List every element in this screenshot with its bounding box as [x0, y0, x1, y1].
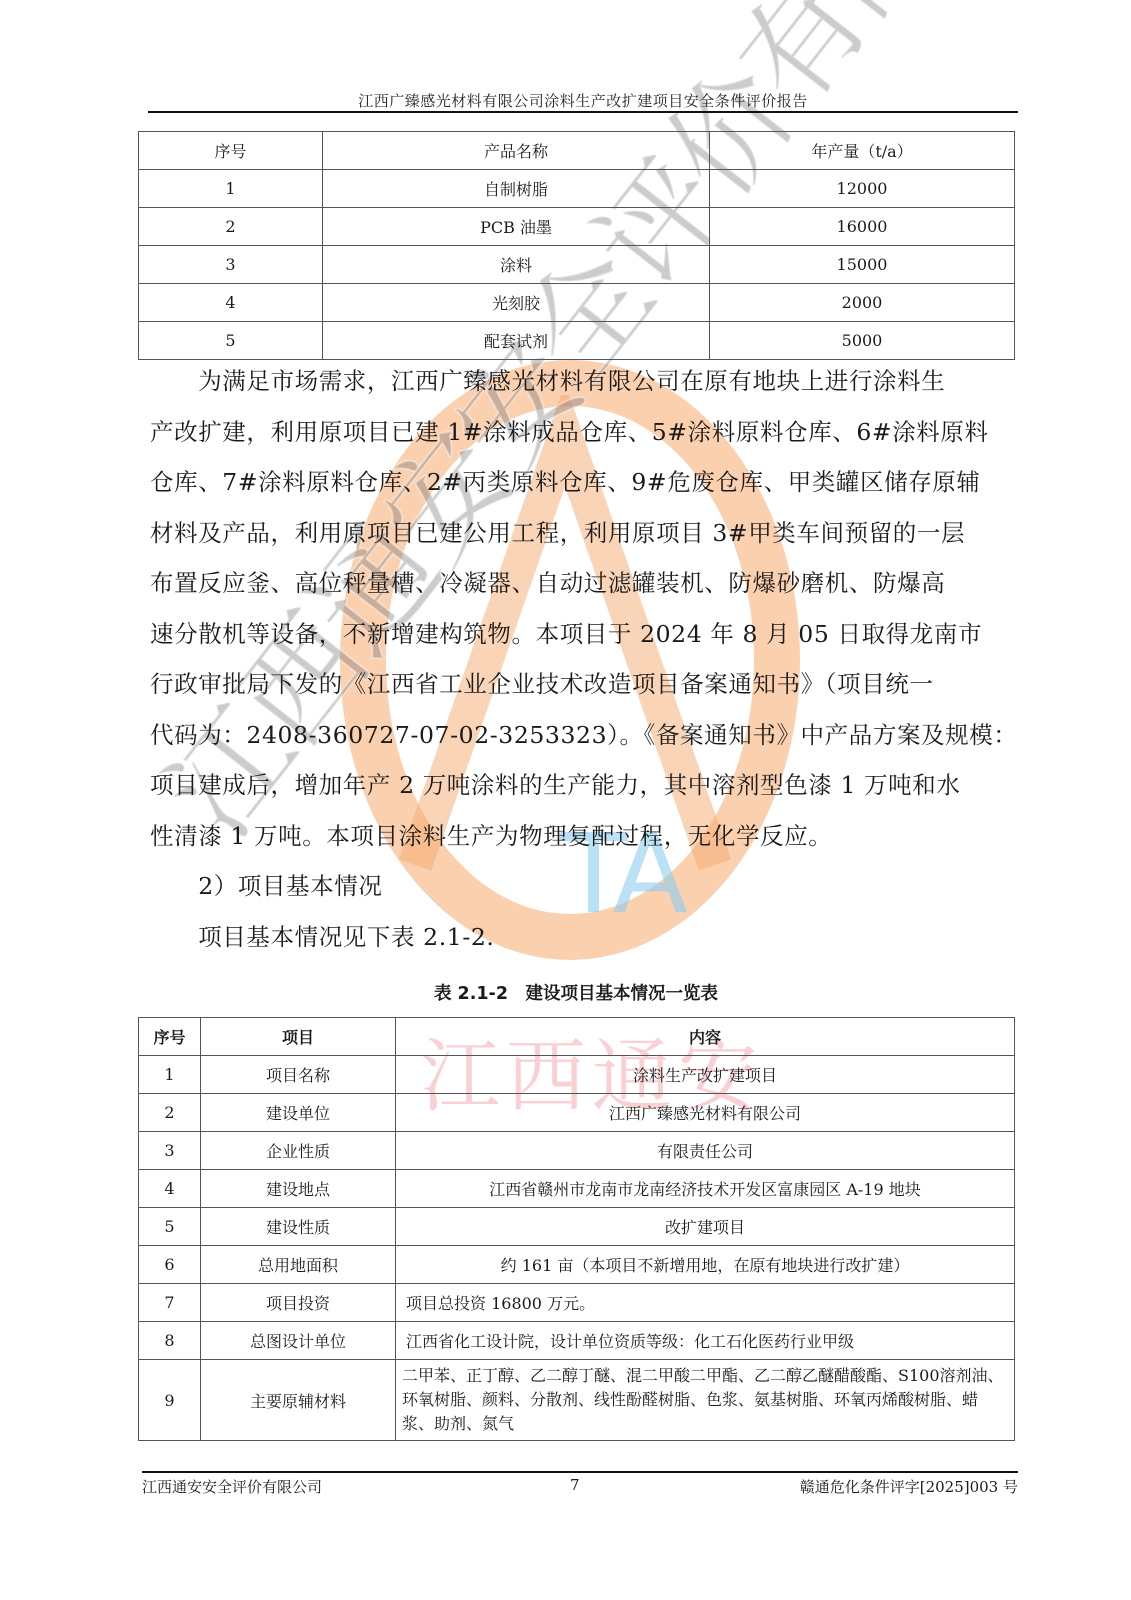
table-caption: 表 2.1-2 建设项目基本情况一览表: [138, 980, 1014, 1005]
project-info-table: 序号 项目 内容 1 项目名称 涂料生产改扩建项目 2 建设单位 江西广臻感光材…: [138, 1017, 1015, 1441]
table-cell: 改扩建项目: [396, 1208, 1015, 1246]
table-cell: 4: [139, 284, 323, 322]
table-cell: 6: [139, 1246, 201, 1284]
table-cell: 2000: [710, 284, 1015, 322]
table-cell: 有限责任公司: [396, 1132, 1015, 1170]
table-cell: 江西广臻感光材料有限公司: [396, 1094, 1015, 1132]
table-cell: 建设地点: [201, 1170, 396, 1208]
paragraph-line: 为满足市场需求，江西广臻感光材料有限公司在原有地块上进行涂料生: [150, 356, 1010, 407]
paragraph-line: 材料及产品，利用原项目已建公用工程，利用原项目 3#甲类车间预留的一层: [150, 508, 1010, 559]
table-cell: 3: [139, 246, 323, 284]
table-cell: 8: [139, 1322, 201, 1360]
table-cell: 1: [139, 1056, 201, 1094]
table-row: 2 建设单位 江西广臻感光材料有限公司: [139, 1094, 1015, 1132]
product-table: 序号 产品名称 年产量（t/a） 1 自制树脂 12000 2 PCB 油墨 1…: [138, 131, 1015, 360]
table-cell: PCB 油墨: [323, 208, 710, 246]
table-row: 1 自制树脂 12000: [139, 170, 1015, 208]
paragraph-line: 项目建成后，增加年产 2 万吨涂料的生产能力，其中溶剂型色漆 1 万吨和水: [150, 760, 1010, 811]
table-cell: 总用地面积: [201, 1246, 396, 1284]
table-cell: 5: [139, 1208, 201, 1246]
paragraph-line: 速分散机等设备，不新增建构筑物。本项目于 2024 年 8 月 05 日取得龙南…: [150, 609, 1010, 660]
table-cell: 约 161 亩（本项目不新增用地，在原有地块进行改扩建）: [396, 1246, 1015, 1284]
table-cell: 建设单位: [201, 1094, 396, 1132]
table-cell: 配套试剂: [323, 322, 710, 360]
paragraph-line: 行政审批局下发的《江西省工业企业技术改造项目备案通知书》（项目统一: [150, 659, 1010, 710]
table-row: 5 配套试剂 5000: [139, 322, 1015, 360]
paragraph-line: 仓库、7#涂料原料仓库、2#丙类原料仓库、9#危废仓库、甲类罐区储存原辅: [150, 457, 1010, 508]
table-cell: 7: [139, 1284, 201, 1322]
table-header-row: 序号 项目 内容: [139, 1018, 1015, 1056]
paragraph-line: 布置反应釜、高位秤量槽、冷凝器、自动过滤罐装机、防爆砂磨机、防爆高: [150, 558, 1010, 609]
column-header: 产品名称: [323, 132, 710, 170]
table-cell: 15000: [710, 246, 1015, 284]
table-cell: 1: [139, 170, 323, 208]
table-cell: 5: [139, 322, 323, 360]
table-cell: 总图设计单位: [201, 1322, 396, 1360]
table-intro-text: 项目基本情况见下表 2.1-2.: [150, 912, 1010, 963]
table-cell: 项目名称: [201, 1056, 396, 1094]
table-cell: 12000: [710, 170, 1015, 208]
footer-divider: [142, 1471, 1018, 1473]
section-heading: 2）项目基本情况: [150, 861, 1010, 912]
paragraph-line: 性清漆 1 万吨。本项目涂料生产为物理复配过程，无化学反应。: [150, 811, 1010, 862]
table-cell: 4: [139, 1170, 201, 1208]
paragraph-line: 产改扩建，利用原项目已建 1#涂料成品仓库、5#涂料原料仓库、6#涂料原料: [150, 407, 1010, 458]
column-header: 序号: [139, 1018, 201, 1056]
table-row: 6 总用地面积 约 161 亩（本项目不新增用地，在原有地块进行改扩建）: [139, 1246, 1015, 1284]
table-cell: 3: [139, 1132, 201, 1170]
body-paragraph: 为满足市场需求，江西广臻感光材料有限公司在原有地块上进行涂料生 产改扩建，利用原…: [150, 356, 1010, 962]
document-page: TA 江西通安 江西通安安全评价有限公司 江西广臻感光材料有限公司涂料生产改扩建…: [0, 0, 1131, 1600]
table-row: 8 总图设计单位 江西省化工设计院，设计单位资质等级：化工石化医药行业甲级: [139, 1322, 1015, 1360]
table-cell: 2: [139, 208, 323, 246]
table-cell: 二甲苯、正丁醇、乙二醇丁醚、混二甲酸二甲酯、乙二醇乙醚醋酸酯、S100溶剂油、环…: [396, 1360, 1015, 1441]
document-number: 赣通危化条件评字[2025]003 号: [800, 1476, 1018, 1497]
table-cell: 项目总投资 16800 万元。: [396, 1284, 1015, 1322]
table-row: 4 建设地点 江西省赣州市龙南市龙南经济技术开发区富康园区 A-19 地块: [139, 1170, 1015, 1208]
table-cell: 涂料: [323, 246, 710, 284]
table-cell: 建设性质: [201, 1208, 396, 1246]
table-cell: 江西省赣州市龙南市龙南经济技术开发区富康园区 A-19 地块: [396, 1170, 1015, 1208]
table-cell: 16000: [710, 208, 1015, 246]
table-row: 7 项目投资 项目总投资 16800 万元。: [139, 1284, 1015, 1322]
running-header-title: 江西广臻感光材料有限公司涂料生产改扩建项目安全条件评价报告: [148, 90, 1018, 111]
column-header: 内容: [396, 1018, 1015, 1056]
column-header: 序号: [139, 132, 323, 170]
column-header: 项目: [201, 1018, 396, 1056]
table-row: 5 建设性质 改扩建项目: [139, 1208, 1015, 1246]
table-row: 3 涂料 15000: [139, 246, 1015, 284]
table-cell: 2: [139, 1094, 201, 1132]
column-header: 年产量（t/a）: [710, 132, 1015, 170]
header-divider: [148, 111, 1018, 113]
table-cell: 项目投资: [201, 1284, 396, 1322]
table-cell: 自制树脂: [323, 170, 710, 208]
table-row: 9 主要原辅材料 二甲苯、正丁醇、乙二醇丁醚、混二甲酸二甲酯、乙二醇乙醚醋酸酯、…: [139, 1360, 1015, 1441]
table-cell: 9: [139, 1360, 201, 1441]
table-header-row: 序号 产品名称 年产量（t/a）: [139, 132, 1015, 170]
table-cell: 江西省化工设计院，设计单位资质等级：化工石化医药行业甲级: [396, 1322, 1015, 1360]
paragraph-line: 代码为：2408-360727-07-02-3253323）。《备案通知书》中产…: [150, 710, 1010, 761]
table-cell: 光刻胶: [323, 284, 710, 322]
page-number: 7: [570, 1476, 580, 1494]
table-row: 1 项目名称 涂料生产改扩建项目: [139, 1056, 1015, 1094]
table-cell: 企业性质: [201, 1132, 396, 1170]
table-row: 4 光刻胶 2000: [139, 284, 1015, 322]
table-row: 3 企业性质 有限责任公司: [139, 1132, 1015, 1170]
table-cell: 主要原辅材料: [201, 1360, 396, 1441]
table-cell: 5000: [710, 322, 1015, 360]
table-row: 2 PCB 油墨 16000: [139, 208, 1015, 246]
footer-company: 江西通安安全评价有限公司: [142, 1476, 322, 1497]
table-cell: 涂料生产改扩建项目: [396, 1056, 1015, 1094]
